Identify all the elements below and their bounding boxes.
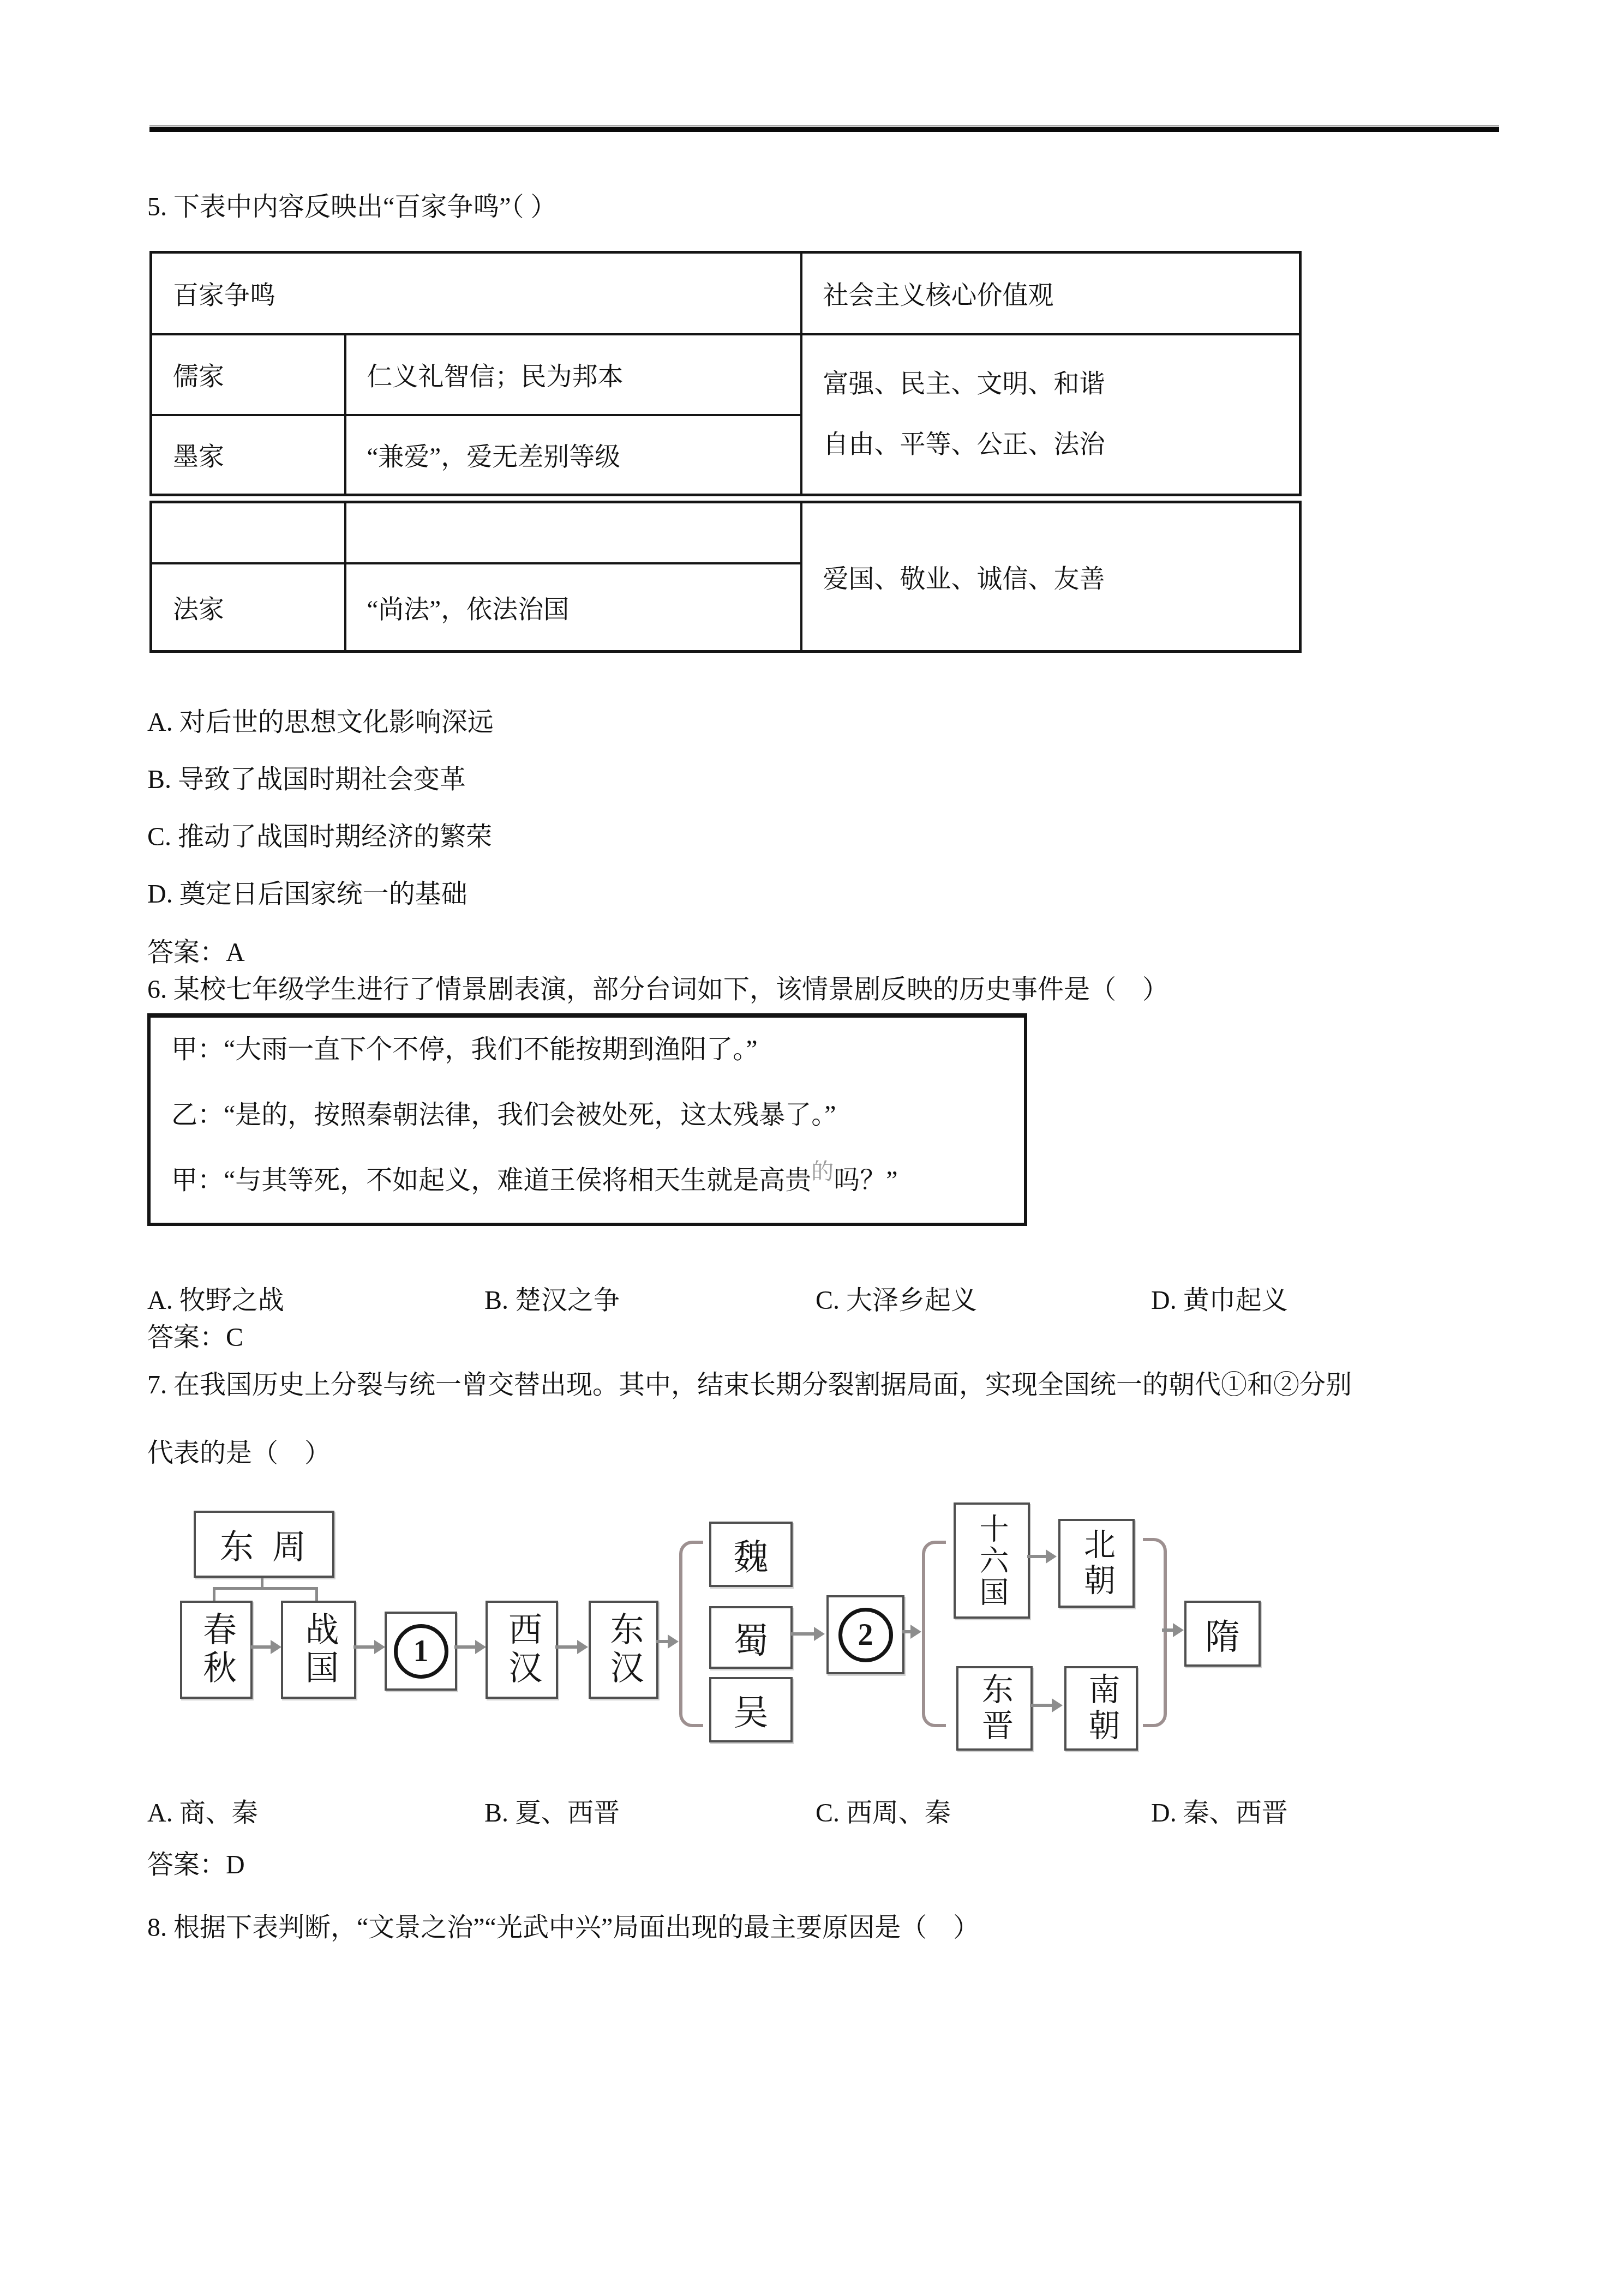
circled-number-1-icon: 1 xyxy=(394,1624,448,1679)
dialog-line-2: 乙：“是的，按照秦朝法律，我们会被处死，这太残暴了。” xyxy=(171,1099,836,1132)
q7-stem-line1: 7. 在我国历史上分裂与统一曾交替出现。其中，结束长期分裂割据局面，实现全国统一… xyxy=(147,1368,1352,1402)
diagram-label-donghan: 东汉 xyxy=(607,1612,640,1688)
dialog-line-2-text: 乙：“是的，按照秦朝法律，我们会被处死，这太残暴了。” xyxy=(171,1101,836,1129)
q7-answer: 答案：D xyxy=(147,1848,245,1882)
q5-table-upper: 百家争鸣 社会主义核心价值观 儒家 仁义礼智信；民为邦本 富强、民主、文明、和谐… xyxy=(149,251,1302,496)
diagram-box-shiliuguo: 十六国 xyxy=(954,1502,1030,1619)
table-header-baijia: 百家争鸣 xyxy=(151,253,801,334)
diagram-label-sui: 隋 xyxy=(1205,1609,1240,1659)
circled-number-2-icon: 2 xyxy=(838,1608,893,1662)
q6-stem: 6. 某校七年级学生进行了情景剧表演，部分台词如下，该情景剧反映的历史事件是（ … xyxy=(147,973,1168,1007)
dialog-line-3-faint: 的 xyxy=(811,1159,834,1184)
diagram-label-wei: 魏 xyxy=(734,1529,769,1579)
dialog-line-1: 甲：“大雨一直下个不停，我们不能按期到渔阳了。” xyxy=(171,1033,758,1067)
diagram-box-xihan: 西汉 xyxy=(486,1601,558,1699)
dialog-line-3: 甲：“与其等死，不如起义，难道王侯将相天生就是高贵的吗？” xyxy=(171,1164,898,1198)
arrow-right-icon xyxy=(1027,1555,1047,1558)
diagram-box-wei: 魏 xyxy=(709,1522,793,1587)
arrow-right-icon xyxy=(1030,1704,1053,1707)
diagram-label-xihan: 西汉 xyxy=(505,1612,539,1688)
core-values-line2: 自由、平等、公正、法治 xyxy=(823,429,1294,461)
diagram-label-dongjin: 东晋 xyxy=(979,1673,1010,1745)
arrow-right-icon xyxy=(656,1640,669,1643)
diagram-box-zhanguo: 战国 xyxy=(281,1601,356,1699)
table-cell-school xyxy=(151,502,345,563)
diagram-box-chunqiu: 春秋 xyxy=(180,1601,253,1699)
connector-line xyxy=(213,1590,215,1602)
q7-dynasty-diagram: 东周 春秋 战国 1 西汉 东汉 魏 蜀 吴 xyxy=(164,1492,1282,1781)
q6-option-b: B. 楚汉之争 xyxy=(484,1284,620,1318)
diagram-box-wu: 吴 xyxy=(709,1677,793,1742)
bracket-left-icon xyxy=(679,1541,703,1727)
table-cell-values-bottom: 爱国、敬业、诚信、友善 xyxy=(801,502,1301,652)
diagram-label-beichao: 北朝 xyxy=(1081,1528,1112,1600)
diagram-label-wu: 吴 xyxy=(734,1685,769,1735)
arrow-right-icon xyxy=(353,1645,375,1649)
q6-option-c: C. 大泽乡起义 xyxy=(816,1284,977,1318)
diagram-label-nanchao: 南朝 xyxy=(1086,1673,1117,1745)
header-rule xyxy=(149,127,1499,132)
q6-option-a: A. 牧野之战 xyxy=(147,1284,284,1318)
q6-option-d: D. 黄巾起义 xyxy=(1151,1284,1288,1318)
dialog-line-1-text: 甲：“大雨一直下个不停，我们不能按期到渔阳了。” xyxy=(171,1035,758,1064)
table-cell-school: 墨家 xyxy=(151,415,345,495)
q5-option-a: A. 对后世的思想文化影响深远 xyxy=(147,706,494,740)
diagram-label-shu: 蜀 xyxy=(734,1613,769,1663)
diagram-box-circle2: 2 xyxy=(826,1595,904,1674)
diagram-box-circle1: 1 xyxy=(385,1612,457,1691)
diagram-box-beichao: 北朝 xyxy=(1058,1519,1135,1608)
diagram-box-donghan: 东汉 xyxy=(589,1601,658,1699)
arrow-right-icon xyxy=(454,1645,476,1649)
diagram-box-sui: 隋 xyxy=(1184,1601,1261,1667)
table-cell-idea: 仁义礼智信；民为邦本 xyxy=(345,334,801,415)
diagram-box-shu: 蜀 xyxy=(709,1606,793,1669)
diagram-label-shiliuguo: 十六国 xyxy=(977,1513,1006,1608)
q8-stem: 8. 根据下表判断，“文景之治”“光武中兴”局面出现的最主要原因是（ ） xyxy=(147,1911,979,1945)
q5-table-lower: 爱国、敬业、诚信、友善 法家 “尚法”，依法治国 xyxy=(149,501,1302,653)
dialog-line-3-text: 甲：“与其等死，不如起义，难道王侯将相天生就是高贵 xyxy=(171,1166,811,1195)
table-cell-school: 儒家 xyxy=(151,334,345,415)
diagram-box-nanchao: 南朝 xyxy=(1064,1666,1138,1751)
diagram-label-dongzhou: 东周 xyxy=(203,1520,325,1568)
table-cell-idea: “兼爱”，爱无差别等级 xyxy=(345,415,801,495)
connector-line xyxy=(213,1587,318,1590)
diagram-box-dongzhou: 东周 xyxy=(194,1511,334,1578)
dialog-line-3-post: 吗？” xyxy=(834,1166,897,1195)
table-header-corevalues: 社会主义核心价值观 xyxy=(801,253,1301,334)
arrow-right-icon xyxy=(1162,1628,1174,1632)
q7-option-b: B. 夏、西晋 xyxy=(484,1796,620,1830)
exam-page: 5. 下表中内容反映出“百家争鸣”（ ） 百家争鸣 社会主义核心价值观 儒家 仁… xyxy=(0,0,1624,2296)
q6-answer: 答案：C xyxy=(147,1321,243,1355)
q5-answer: 答案：A xyxy=(147,936,245,970)
diagram-box-dongjin: 东晋 xyxy=(956,1666,1033,1751)
q5-option-b: B. 导致了战国时期社会变革 xyxy=(147,763,466,797)
connector-line xyxy=(315,1590,318,1602)
q5-stem: 5. 下表中内容反映出“百家争鸣”（ ） xyxy=(147,190,557,224)
q7-option-c: C. 西周、秦 xyxy=(816,1796,951,1830)
q7-option-a: A. 商、秦 xyxy=(147,1796,258,1830)
core-values-line1: 富强、民主、文明、和谐 xyxy=(823,368,1294,400)
table-cell-idea: “尚法”，依法治国 xyxy=(345,563,801,652)
diagram-label-chunqiu: 春秋 xyxy=(200,1612,233,1688)
q7-option-d: D. 秦、西晋 xyxy=(1151,1796,1288,1830)
arrow-right-icon xyxy=(791,1632,815,1636)
arrow-right-icon xyxy=(902,1630,912,1633)
q5-option-d: D. 奠定日后国家统一的基础 xyxy=(147,877,468,911)
bracket-right-icon xyxy=(1143,1538,1167,1727)
q6-dialog-box: 甲：“大雨一直下个不停，我们不能按期到渔阳了。” 乙：“是的，按照秦朝法律，我们… xyxy=(147,1013,1027,1226)
q5-option-c: C. 推动了战国时期经济的繁荣 xyxy=(147,820,492,854)
q7-stem-line2: 代表的是（ ） xyxy=(147,1436,331,1470)
arrow-right-icon xyxy=(250,1645,272,1649)
table-cell-idea xyxy=(345,502,801,563)
table-cell-values-top: 富强、民主、文明、和谐 自由、平等、公正、法治 xyxy=(801,334,1301,495)
table-cell-school: 法家 xyxy=(151,563,345,652)
diagram-label-zhanguo: 战国 xyxy=(302,1612,335,1688)
arrow-right-icon xyxy=(555,1645,578,1649)
bracket-left-icon xyxy=(922,1541,946,1727)
header-rule-shadow xyxy=(149,125,1499,127)
